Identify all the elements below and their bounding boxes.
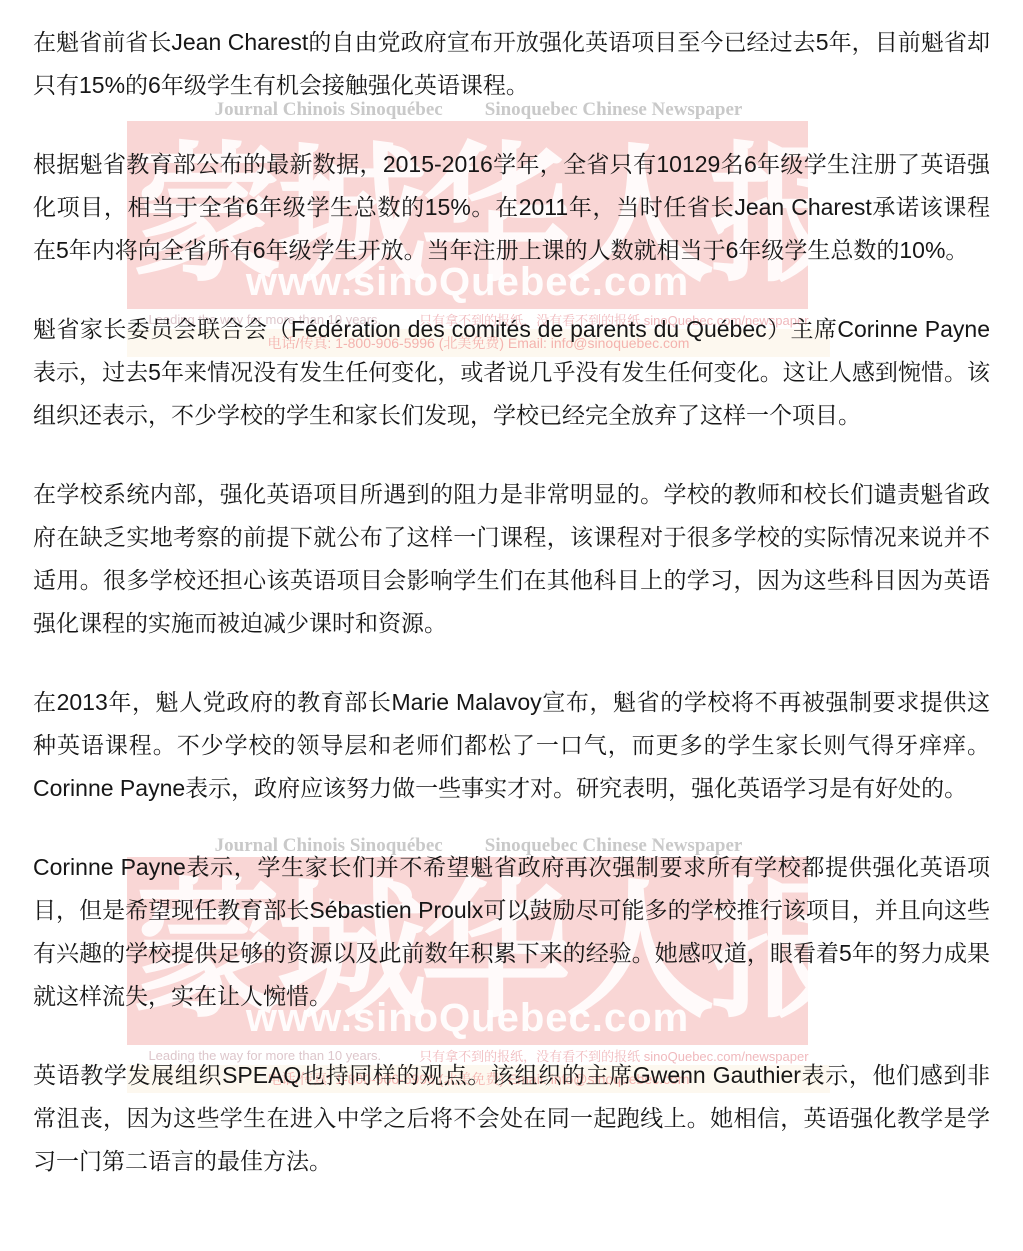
article-body: 在魁省前省长Jean Charest的自由党政府宣布开放强化英语项目至今已经过去… (0, 0, 1023, 1183)
article-page: Journal Chinois Sinoquébec Sinoquebec Ch… (0, 0, 1023, 1251)
paragraph-4: 在学校系统内部，强化英语项目所遇到的阻力是非常明显的。学校的教师和校长们谴责魁省… (33, 473, 990, 645)
paragraph-7: 英语教学发展组织SPEAQ也持同样的观点。该组织的主席Gwenn Gauthie… (33, 1054, 990, 1183)
paragraph-6: Corinne Payne表示，学生家长们并不希望魁省政府再次强制要求所有学校都… (33, 846, 990, 1018)
paragraph-1: 在魁省前省长Jean Charest的自由党政府宣布开放强化英语项目至今已经过去… (33, 21, 990, 107)
paragraph-3: 魁省家长委员会联合会（Fédération des comités de par… (33, 308, 990, 437)
paragraph-2: 根据魁省教育部公布的最新数据，2015-2016学年，全省只有10129名6年级… (33, 143, 990, 272)
paragraph-5: 在2013年，魁人党政府的教育部长Marie Malavoy宣布，魁省的学校将不… (33, 681, 990, 810)
